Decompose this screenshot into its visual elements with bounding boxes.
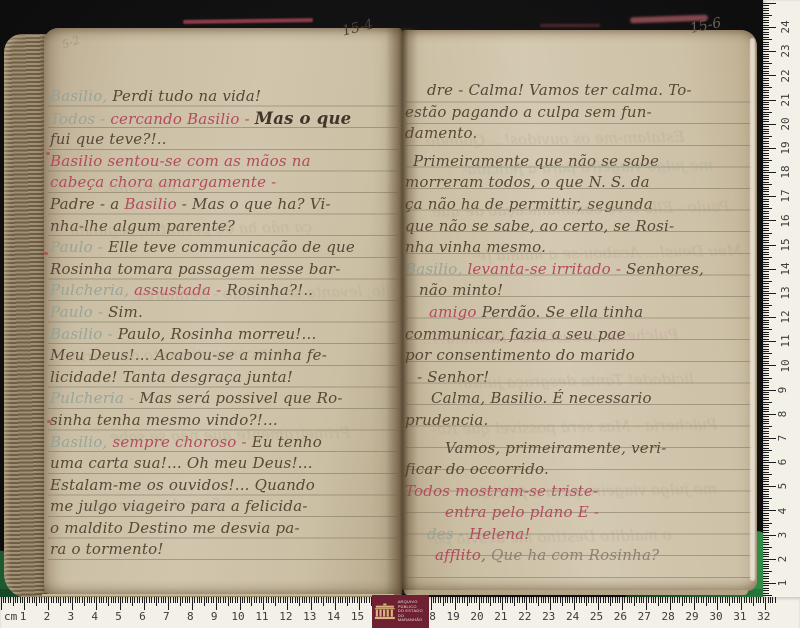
ruler-tick (763, 206, 769, 207)
ink-segment: dre - Calma! Vamos ter calma. To- (427, 81, 692, 99)
ruler-tick (36, 597, 37, 606)
ruler-tick (144, 597, 145, 610)
ruler-tick (763, 402, 772, 403)
ruler-number: 7 (163, 610, 170, 623)
ruler-tick (763, 363, 769, 364)
ruler-tick (345, 597, 346, 603)
ruler-tick (763, 199, 769, 200)
ruler-tick (177, 597, 178, 603)
ruler-tick (763, 266, 769, 267)
ink-segment: Mas será possivel que Ro- (139, 389, 342, 407)
ruler-tick (517, 597, 518, 603)
ruler-tick (306, 597, 307, 603)
ruler-number: 21 (494, 610, 507, 623)
ruler-tick (483, 597, 484, 603)
ruler-tick (562, 597, 563, 606)
ruler-tick (763, 341, 776, 342)
ruler-tick (481, 597, 482, 603)
ruler-tick (283, 597, 284, 603)
ruler-number: 17 (779, 190, 792, 203)
ruler-tick (763, 593, 769, 594)
ruler-tick (763, 240, 769, 241)
ruler-number: 23 (779, 45, 792, 58)
ruler-tick (622, 597, 623, 610)
ruler-tick (763, 114, 769, 115)
ruler-tick (79, 597, 80, 603)
ruler-tick (763, 109, 769, 110)
ruler-tick (763, 126, 769, 127)
ruler-tick (5, 597, 6, 603)
ruler-tick (763, 443, 769, 444)
ruler-tick (751, 597, 752, 603)
ruler-tick (706, 597, 707, 606)
ink-segment: ficar do occorrido. (405, 460, 549, 478)
ruler-tick (763, 262, 769, 263)
manuscript-line: licidade! Tanta desgraça junta! (50, 367, 402, 389)
ruler-tick (763, 503, 769, 504)
ruler-tick (763, 78, 769, 79)
ruler-tick (543, 597, 544, 603)
ruler-tick (467, 597, 468, 606)
ink-segment: afflito, (435, 546, 491, 564)
ruler-tick (763, 49, 769, 50)
ruler-tick (65, 597, 66, 603)
ruler-tick (201, 597, 202, 603)
ruler-tick (452, 597, 453, 603)
ink-segment: não minto! (419, 281, 503, 299)
ruler-tick (701, 597, 702, 603)
manuscript-line: afflito, Que ha com Rosinha? (405, 545, 757, 567)
ruler-tick (335, 597, 336, 610)
ruler-tick (763, 68, 769, 69)
ruler-tick (763, 129, 769, 130)
ruler-tick (763, 554, 769, 555)
ruler-tick (763, 327, 769, 328)
ruler-tick (691, 597, 692, 603)
ruler-tick (627, 597, 628, 603)
ink-segment: Paulo - (50, 238, 108, 256)
ruler-tick (670, 597, 671, 610)
ruler-tick (498, 597, 499, 603)
ink-segment: Padre - a (50, 195, 124, 213)
ruler-tick (17, 597, 18, 603)
ruler-tick (763, 201, 769, 202)
ruler-tick (211, 597, 212, 603)
ruler-tick (763, 92, 769, 93)
ruler-tick (763, 467, 769, 468)
ruler-tick (763, 561, 769, 562)
ruler-tick (763, 581, 769, 582)
ruler-tick (763, 278, 769, 279)
ruler-tick (603, 597, 604, 603)
ink-segment: Que ha com Rosinha? (491, 546, 659, 564)
ruler-tick (330, 597, 331, 603)
ruler-tick (280, 597, 281, 603)
ruler-tick (763, 124, 776, 125)
ruler-tick (631, 597, 632, 603)
ruler-tick (648, 597, 649, 603)
ruler-tick (763, 56, 769, 57)
ruler-tick (524, 597, 525, 603)
ruler-tick (763, 276, 769, 277)
ruler-tick (763, 121, 769, 122)
ruler-tick (763, 358, 769, 359)
ruler-tick (763, 97, 769, 98)
ruler-tick (259, 597, 260, 603)
ruler-tick (617, 597, 618, 603)
ruler-tick (763, 153, 769, 154)
ruler-tick (763, 457, 769, 458)
ruler-tick (763, 465, 769, 466)
ink-segment: uma carta sua!... Oh meu Deus!... (50, 454, 313, 472)
ruler-tick (318, 597, 319, 603)
ruler-tick (87, 597, 88, 603)
ruler-tick (134, 597, 135, 603)
ruler-tick (154, 597, 155, 603)
ruler-tick (27, 597, 28, 603)
ruler-tick (689, 597, 690, 603)
ruler-tick (703, 597, 704, 603)
ruler-tick (479, 597, 480, 610)
ink-segment: Rosinha tomara passagem nesse bar- (50, 260, 340, 278)
ruler-tick (364, 597, 365, 603)
ruler-tick (569, 597, 570, 603)
ruler-tick (763, 148, 776, 149)
ruler-tick (584, 597, 585, 603)
manuscript-right-page: dre - Calma! Vamos ter calma. To-estão p… (402, 30, 757, 591)
ruler-tick (125, 597, 126, 603)
ruler-tick (192, 597, 193, 610)
ruler-tick (608, 597, 609, 603)
ruler-tick (763, 177, 769, 178)
ruler-tick (763, 530, 769, 531)
ink-segment: Elle teve communicação de que (108, 238, 355, 256)
ruler-tick (541, 597, 542, 603)
manuscript-line: entra pelo plano E - (405, 502, 757, 524)
ruler-tick (321, 597, 322, 603)
ruler-tick (763, 494, 769, 495)
red-ink-dot (46, 152, 50, 155)
ruler-number: 18 (779, 166, 792, 179)
ruler-tick (763, 436, 769, 437)
ruler-tick (763, 498, 772, 499)
ruler-tick (495, 597, 496, 603)
ruler-tick (588, 597, 589, 603)
ruler-tick (732, 597, 733, 603)
ruler-tick (629, 597, 630, 603)
ruler-tick (763, 535, 776, 536)
ruler-tick (679, 597, 680, 603)
ruler-tick (763, 167, 769, 168)
manuscript-line: estão pagando a culpa sem fun- (405, 102, 757, 124)
ruler-tick (763, 501, 769, 502)
ruler-tick (763, 172, 776, 173)
ruler-tick (763, 547, 772, 548)
page-edge-highlight (750, 38, 755, 581)
ruler-tick (646, 597, 647, 610)
ruler-tick (433, 597, 434, 603)
ruler-tick (32, 597, 33, 603)
ruler-tick (763, 469, 769, 470)
ruler-tick (763, 216, 769, 217)
ruler-tick (763, 13, 769, 14)
stamp-text-line: DO MARANHÃO (398, 614, 427, 623)
ruler-tick (354, 597, 355, 603)
ruler-tick (744, 597, 745, 603)
ruler-tick (763, 228, 769, 229)
ruler-number: 2 (776, 556, 789, 563)
ruler-number: 15 (779, 238, 792, 251)
ruler-tick (232, 597, 233, 603)
ruler-tick (763, 73, 769, 74)
ruler-tick (763, 58, 769, 59)
ruler-tick (763, 365, 776, 366)
manuscript-line: Basilio - Paulo, Rosinha morreu!... (50, 324, 402, 346)
ruler-tick (756, 597, 757, 603)
ruler-tick (185, 597, 186, 603)
ruler-tick (447, 597, 448, 603)
ruler-tick (720, 597, 721, 603)
ruler-tick (763, 378, 772, 379)
ruler-tick (256, 597, 257, 603)
ruler-number: 14 (779, 262, 792, 275)
ruler-tick (302, 597, 303, 603)
ruler-tick (763, 155, 769, 156)
ruler-tick (488, 597, 489, 603)
ruler-tick (297, 597, 298, 603)
ruler-tick (120, 597, 121, 610)
ink-segment: Estalam-me os ouvidos!... Quando (50, 476, 315, 494)
ruler-number: 15 (351, 610, 364, 623)
ruler-tick (763, 559, 776, 560)
ruler-tick (586, 597, 587, 606)
ruler-tick (369, 597, 370, 603)
ruler-tick (763, 87, 772, 88)
ruler-number: 8 (187, 610, 194, 623)
ruler-tick (572, 597, 573, 603)
ruler-tick (763, 119, 769, 120)
ruler-tick (763, 332, 769, 333)
ruler-tick (763, 438, 776, 439)
ruler-tick (763, 162, 769, 163)
ruler-tick (763, 303, 769, 304)
ruler-tick (775, 597, 776, 603)
ruler-tick (311, 597, 312, 610)
red-ink-dot (47, 420, 51, 423)
ruler-tick (763, 496, 769, 497)
ruler-tick (763, 257, 772, 258)
ruler-tick (763, 474, 772, 475)
ruler-tick (490, 597, 491, 606)
ruler-tick (763, 486, 776, 487)
ruler-tick (536, 597, 537, 603)
ruler-tick (763, 17, 769, 18)
ruler-tick (118, 597, 119, 603)
ruler-tick (445, 597, 446, 603)
ruler-tick (674, 597, 675, 603)
ruler-tick (328, 597, 329, 603)
ruler-tick (486, 597, 487, 603)
ruler-tick (763, 100, 776, 101)
ruler-tick (763, 158, 769, 159)
ruler-tick (763, 440, 769, 441)
ink-segment: fui que teve?!.. (50, 130, 167, 148)
ruler-tick (44, 597, 45, 603)
ruler-tick (591, 597, 592, 603)
ruler-tick (763, 399, 769, 400)
ruler-tick (763, 233, 772, 234)
ruler-number: 21 (779, 93, 792, 106)
ruler-tick (235, 597, 236, 603)
ruler-tick (187, 597, 188, 603)
ruler-tick (763, 324, 769, 325)
ruler-tick (278, 597, 279, 603)
ruler-tick (763, 407, 769, 408)
ruler-tick (304, 597, 305, 603)
ruler-tick (763, 80, 769, 81)
ink-segment: Perdão. Se ella tinha (482, 303, 644, 321)
ruler-tick (340, 597, 341, 603)
ruler-tick (225, 597, 226, 603)
ruler-tick (151, 597, 152, 603)
ruler-tick (763, 404, 769, 405)
ruler-tick (658, 597, 659, 606)
ruler-tick (111, 597, 112, 603)
ruler-tick (763, 382, 769, 383)
ruler-tick (753, 597, 754, 606)
ruler-tick (655, 597, 656, 603)
ruler-number: 1 (776, 580, 789, 587)
ruler-tick (694, 597, 695, 610)
ruler-tick (763, 414, 776, 415)
ruler-tick (763, 426, 772, 427)
ruler-tick (170, 597, 171, 603)
ruler-tick (634, 597, 635, 606)
ruler-tick (72, 597, 73, 610)
ruler-tick (1, 597, 2, 610)
manuscript-line: o maldito Destino me desvia pa- (50, 518, 402, 540)
ruler-tick (204, 597, 205, 606)
ruler-tick (763, 385, 769, 386)
ruler-tick (180, 597, 181, 606)
ruler-number: 9 (211, 610, 218, 623)
ruler-tick (10, 597, 11, 603)
ruler-tick (51, 597, 52, 603)
photograph-of-manuscript: Basilio, Perdi tudo na vida!Todos - cerc… (0, 0, 800, 628)
ruler-tick (127, 597, 128, 603)
ruler-tick (450, 597, 451, 603)
ruler-tick (314, 597, 315, 603)
ruler-tick (476, 597, 477, 603)
ruler-tick (651, 597, 652, 603)
ruler-tick (763, 428, 769, 429)
ruler-tick (357, 597, 358, 603)
ruler-tick (574, 597, 575, 610)
ruler-tick (763, 116, 769, 117)
ruler-tick (610, 597, 611, 606)
red-ink-stain (540, 24, 600, 27)
manuscript-line: Vamos, primeiramente, veri- (405, 438, 757, 460)
ruler-tick (763, 196, 776, 197)
ruler-tick (247, 597, 248, 603)
ruler-tick (763, 179, 769, 180)
ruler-tick (717, 597, 718, 610)
ruler-tick (149, 597, 150, 603)
ruler-number: 23 (542, 610, 555, 623)
ruler-number: 5 (115, 610, 122, 623)
ruler-tick (763, 218, 769, 219)
ruler-tick (130, 597, 131, 603)
ruler-tick (763, 397, 769, 398)
ruler-tick (763, 29, 769, 30)
ruler-number: 26 (614, 610, 627, 623)
ruler-tick (763, 518, 769, 519)
ruler-tick (763, 293, 776, 294)
ruler-tick (763, 578, 769, 579)
ruler-tick (763, 61, 769, 62)
ink-segment: o maldito Destino me desvia pa- (50, 519, 300, 537)
ruler-tick (263, 597, 264, 610)
ruler-tick (763, 184, 772, 185)
ruler-tick (763, 544, 769, 545)
ruler-number: 14 (327, 610, 340, 623)
ruler-number: 7 (776, 435, 789, 442)
ruler-tick (533, 597, 534, 603)
ruler-tick (763, 595, 772, 596)
ruler-tick (772, 597, 773, 603)
ink-segment: Paulo, Rosinha morreu!... (118, 325, 317, 343)
ruler-number: 4 (91, 610, 98, 623)
ruler-tick (763, 146, 769, 147)
ruler-tick (510, 597, 511, 603)
page-bottom-edge (404, 590, 748, 595)
ruler-tick (763, 133, 769, 134)
ruler-tick (251, 597, 252, 606)
ink-segment: Pulcheria - (50, 389, 139, 407)
manuscript-line: dre - Calma! Vamos ter calma. To- (405, 80, 757, 102)
ruler-number: 6 (776, 459, 789, 466)
ink-segment: cercando Basilio - (110, 110, 254, 128)
ink-segment: estão pagando a culpa sem fun- (405, 103, 652, 121)
ruler-tick (763, 317, 776, 318)
ruler-tick (3, 597, 4, 603)
ruler-tick (538, 597, 539, 606)
ruler-number: 20 (779, 117, 792, 130)
manuscript-line: Rosinha tomara passagem nesse bar- (50, 259, 402, 281)
ruler-tick (89, 597, 90, 603)
ruler-tick (526, 597, 527, 610)
ruler-tick (619, 597, 620, 603)
ruler-tick (502, 597, 503, 610)
ruler-tick (763, 315, 769, 316)
ruler-tick (662, 597, 663, 603)
ruler-tick (636, 597, 637, 603)
ruler-tick (557, 597, 558, 603)
ruler-tick (763, 307, 769, 308)
ruler-number: 20 (470, 610, 483, 623)
ruler-tick (763, 83, 769, 84)
ruler-tick (660, 597, 661, 603)
ruler-tick (763, 44, 769, 45)
ruler-tick (763, 136, 772, 137)
ruler-tick (565, 597, 566, 603)
ruler-tick (101, 597, 102, 603)
ruler-tick (653, 597, 654, 603)
ruler-tick (639, 597, 640, 603)
ruler-tick (763, 189, 769, 190)
ruler-tick (763, 22, 769, 23)
ruler-tick (168, 597, 169, 610)
